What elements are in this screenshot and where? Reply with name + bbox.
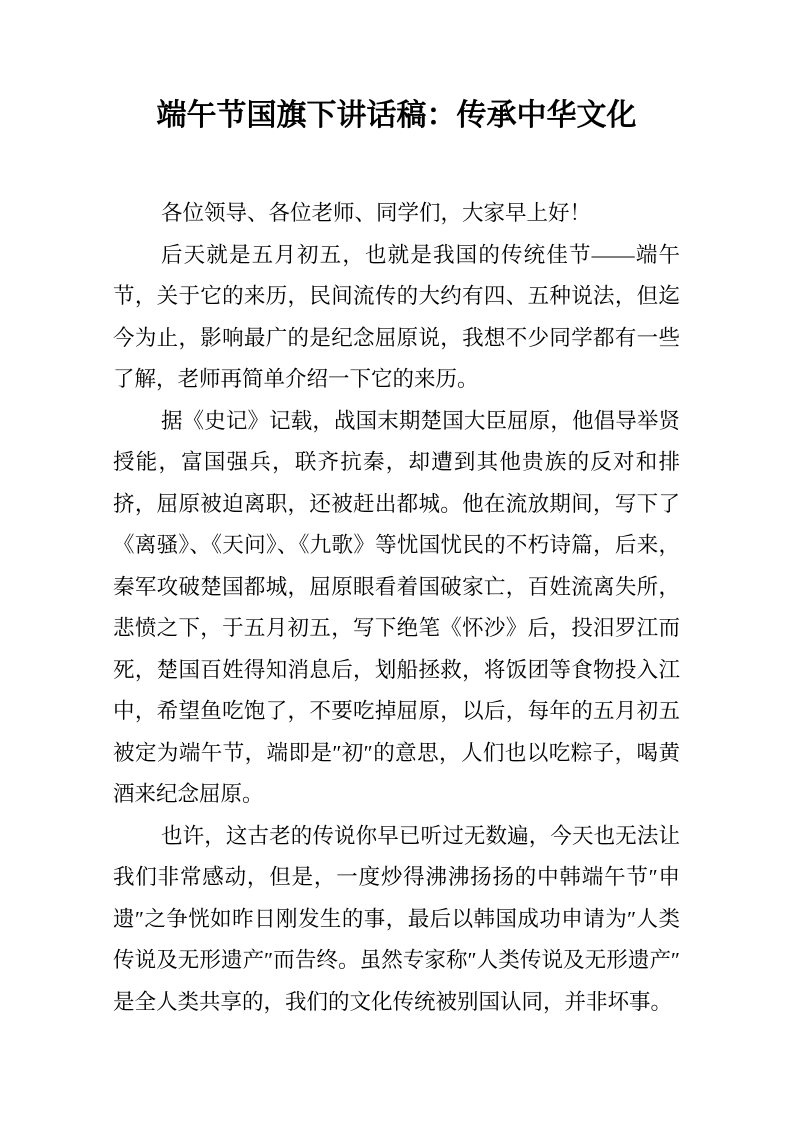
document-title: 端午节国旗下讲话稿：传承中华文化 bbox=[0, 96, 793, 136]
festival-intro-paragraph: 后天就是五月初五，也就是我国的传统佳节——端午节，关于它的来历，民间流传的大约有… bbox=[113, 235, 680, 401]
heritage-reflection-paragraph: 也许，这古老的传说你早已听过无数遍，今天也无法让我们非常感动，但是，一度炒得沸沸… bbox=[113, 816, 680, 1024]
document-page: 端午节国旗下讲话稿：传承中华文化 各位领导、各位老师、同学们，大家早上好！ 后天… bbox=[0, 0, 793, 1122]
document-body: 各位领导、各位老师、同学们，大家早上好！ 后天就是五月初五，也就是我国的传统佳节… bbox=[113, 193, 680, 1023]
greeting-paragraph: 各位领导、各位老师、同学们，大家早上好！ bbox=[113, 193, 680, 235]
quyuan-history-paragraph: 据《史记》记载，战国末期楚国大臣屈原，他倡导举贤授能，富国强兵，联齐抗秦，却遭到… bbox=[113, 401, 680, 816]
